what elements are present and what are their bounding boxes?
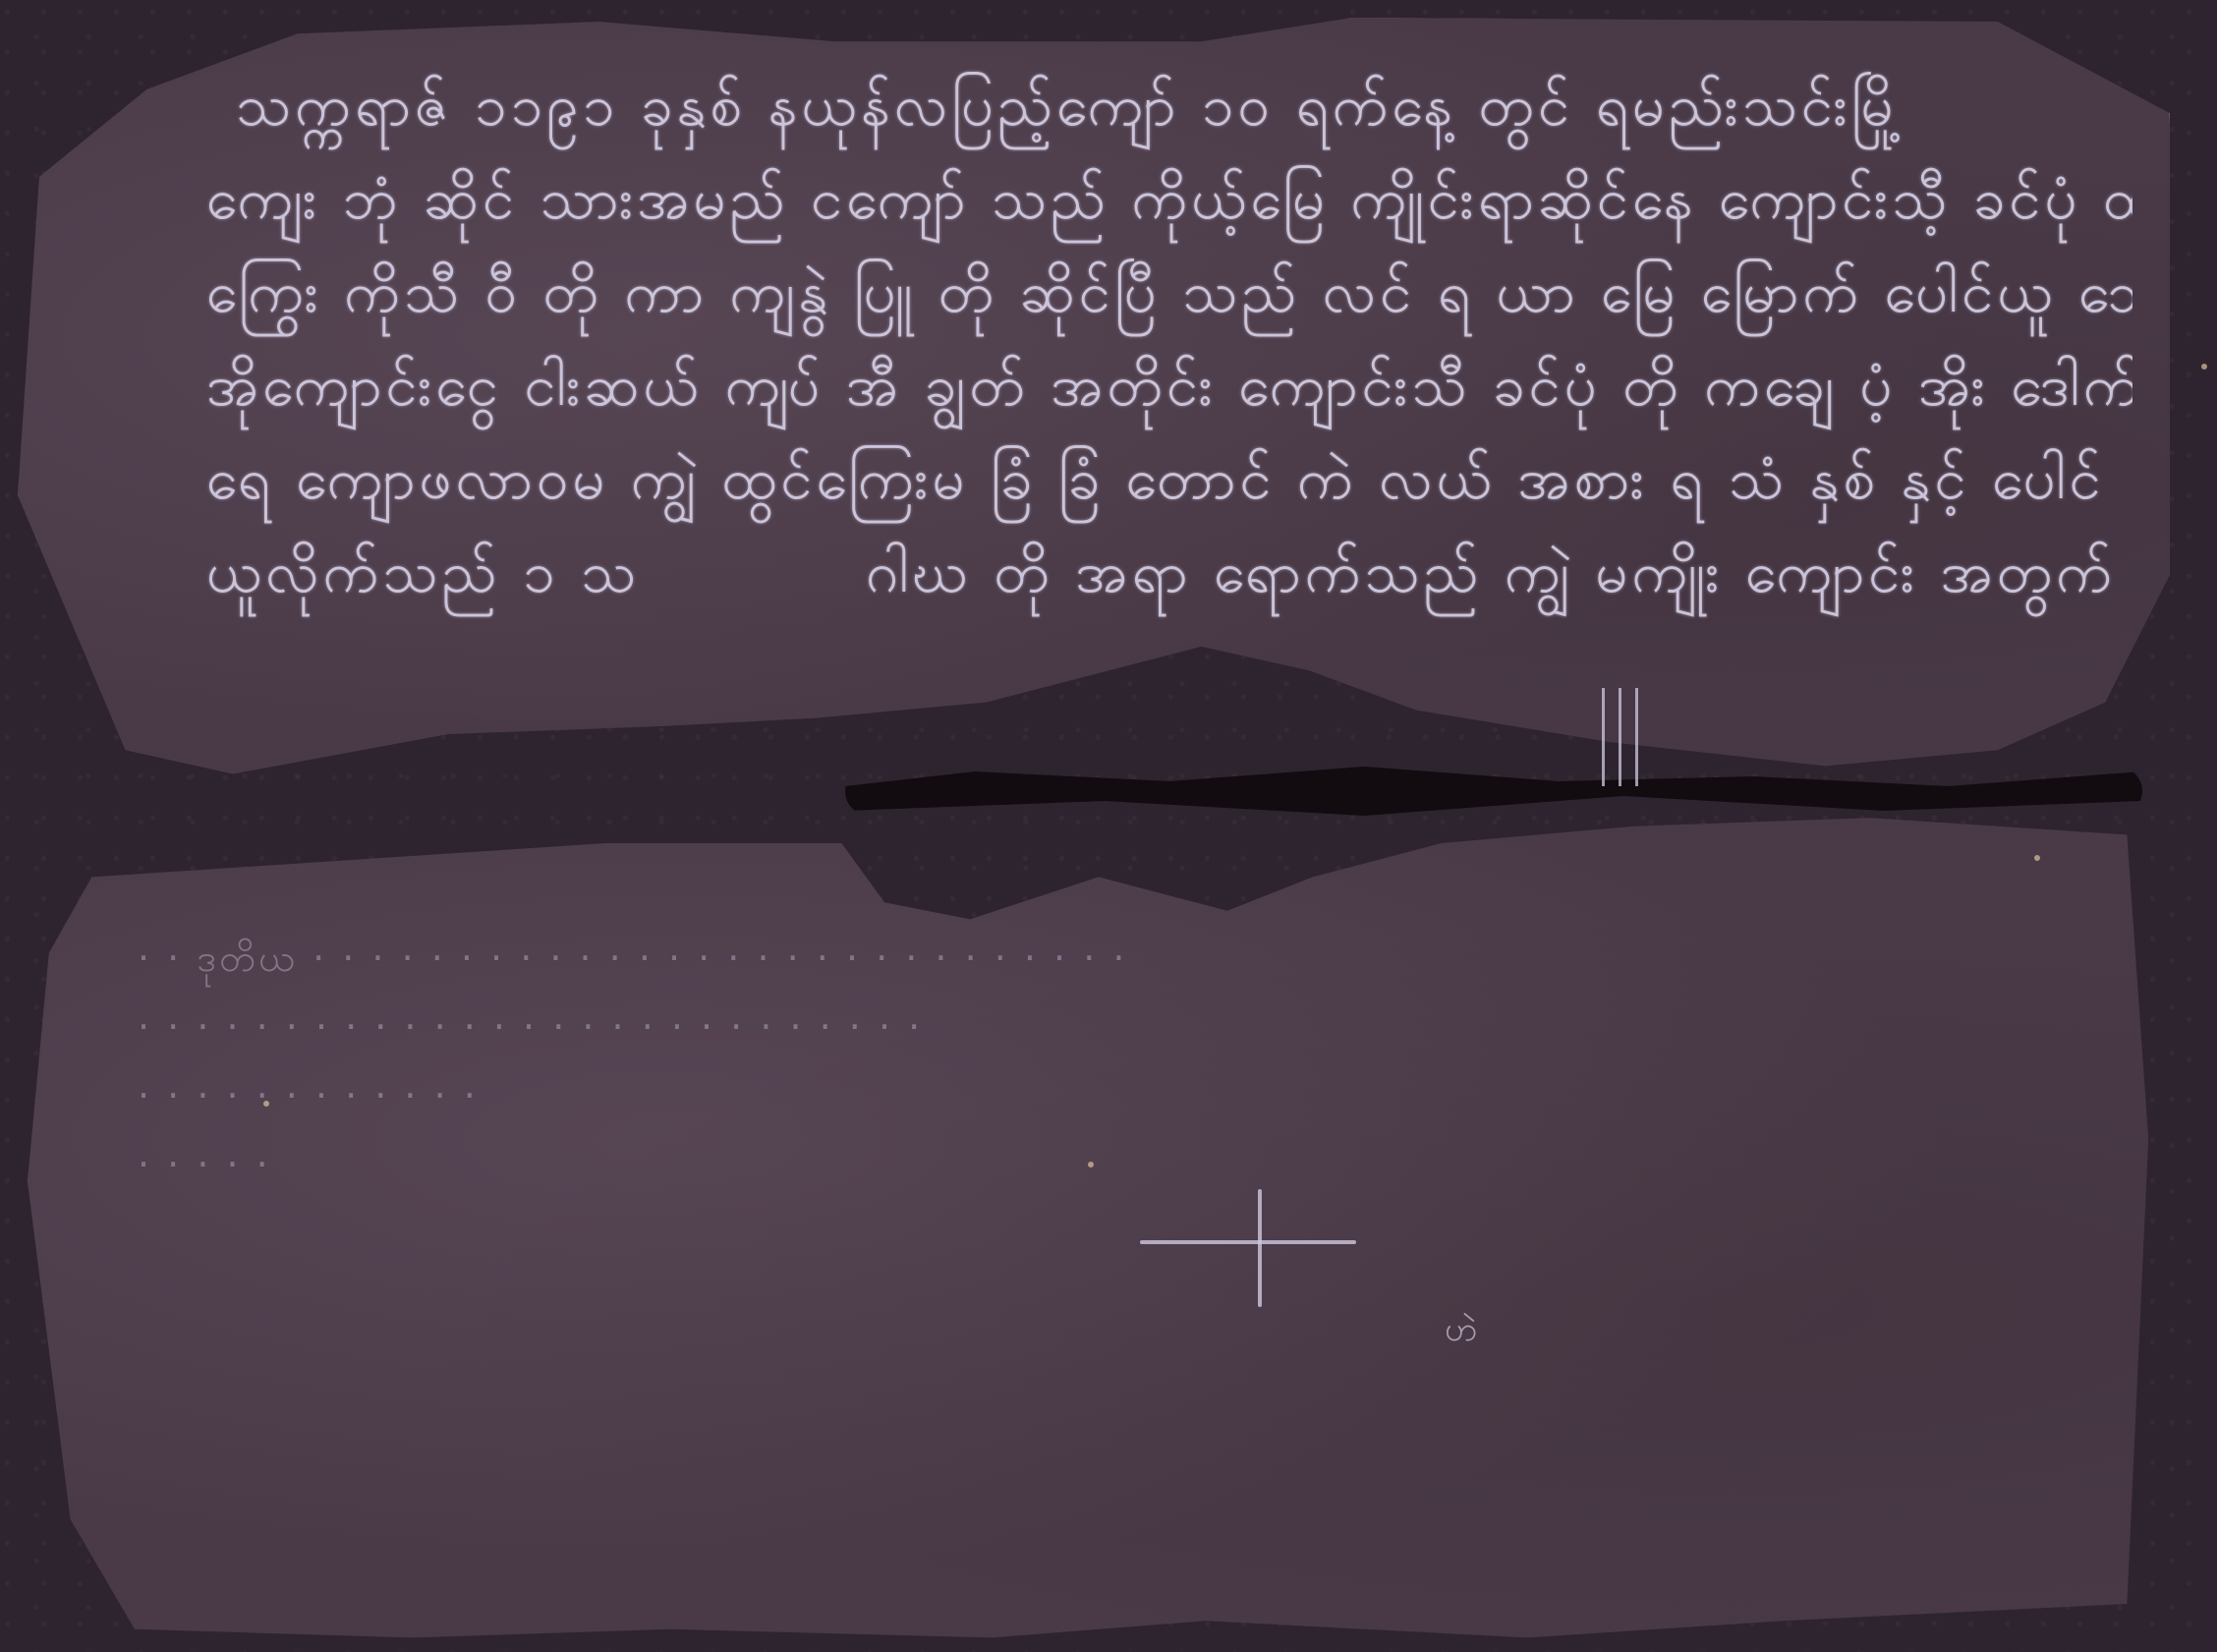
faint-line-1: · · ဒုတိယ · · · · · · · · · · · · · · · … [138,924,2064,993]
cross-mark [1140,1219,1356,1327]
faint-line-4: · · · · · [138,1130,2064,1199]
manuscript-line-4: အိုကျောင်းငွေ ငါးဆယ် ကျပ် အီ ချွတ် အတိုင… [206,339,2132,432]
faint-line-2: · · · · · · · · · · · · · · · · · · · · … [138,993,2064,1061]
manuscript-line-6-left: ယူလိုက်သည် ၁ သ [206,526,640,619]
vertical-tally-marks [1602,688,1661,796]
debris-speck [263,1101,269,1107]
manuscript-line-6-right: ဂါဃ တို အရာ ရောက်သည် ကျွဲ မကျိုး ကျောင်း… [866,526,2116,619]
manuscript-line-1: သက္ကရာဇ် ၁၁၉၁ ခုနှစ် နယုန်လပြည့်ကျော် ၁၀… [206,59,2132,152]
manuscript-line-2: ကျေး ဘုံ ဆိုင် သားအမည် ငကျော် သည် ကိုယ့်… [206,152,2132,246]
debris-speck [2201,364,2207,370]
tear-gap [845,767,2142,816]
debris-speck [1088,1162,1094,1168]
manuscript-line-5: ရေ ကျောဖလာဝမ ကျွဲ ထွင်ကြေးမ ခြံ ခြံ တောင… [206,432,2132,526]
lower-faint-text-block: · · ဒုတိယ · · · · · · · · · · · · · · · … [138,924,2064,1199]
faint-line-3: · · · · · · · · · · · · [138,1061,2064,1130]
small-glyph-mark: ဟဲ [1445,1307,1477,1357]
upper-text-block: သက္ကရာဇ် ၁၁၉၁ ခုနှစ် နယုန်လပြည့်ကျော် ၁၀… [206,59,2132,619]
manuscript-line-3: ကြွေး ကိုသီ ဝီ တို ကာ ကျနွဲ ပြူ တို ဆိုင… [206,246,2132,339]
manuscript-line-6: ယူလိုက်သည် ၁ သ ဂါဃ တို အရာ ရောက်သည် ကျွဲ… [206,526,2132,619]
debris-speck [2034,855,2040,861]
